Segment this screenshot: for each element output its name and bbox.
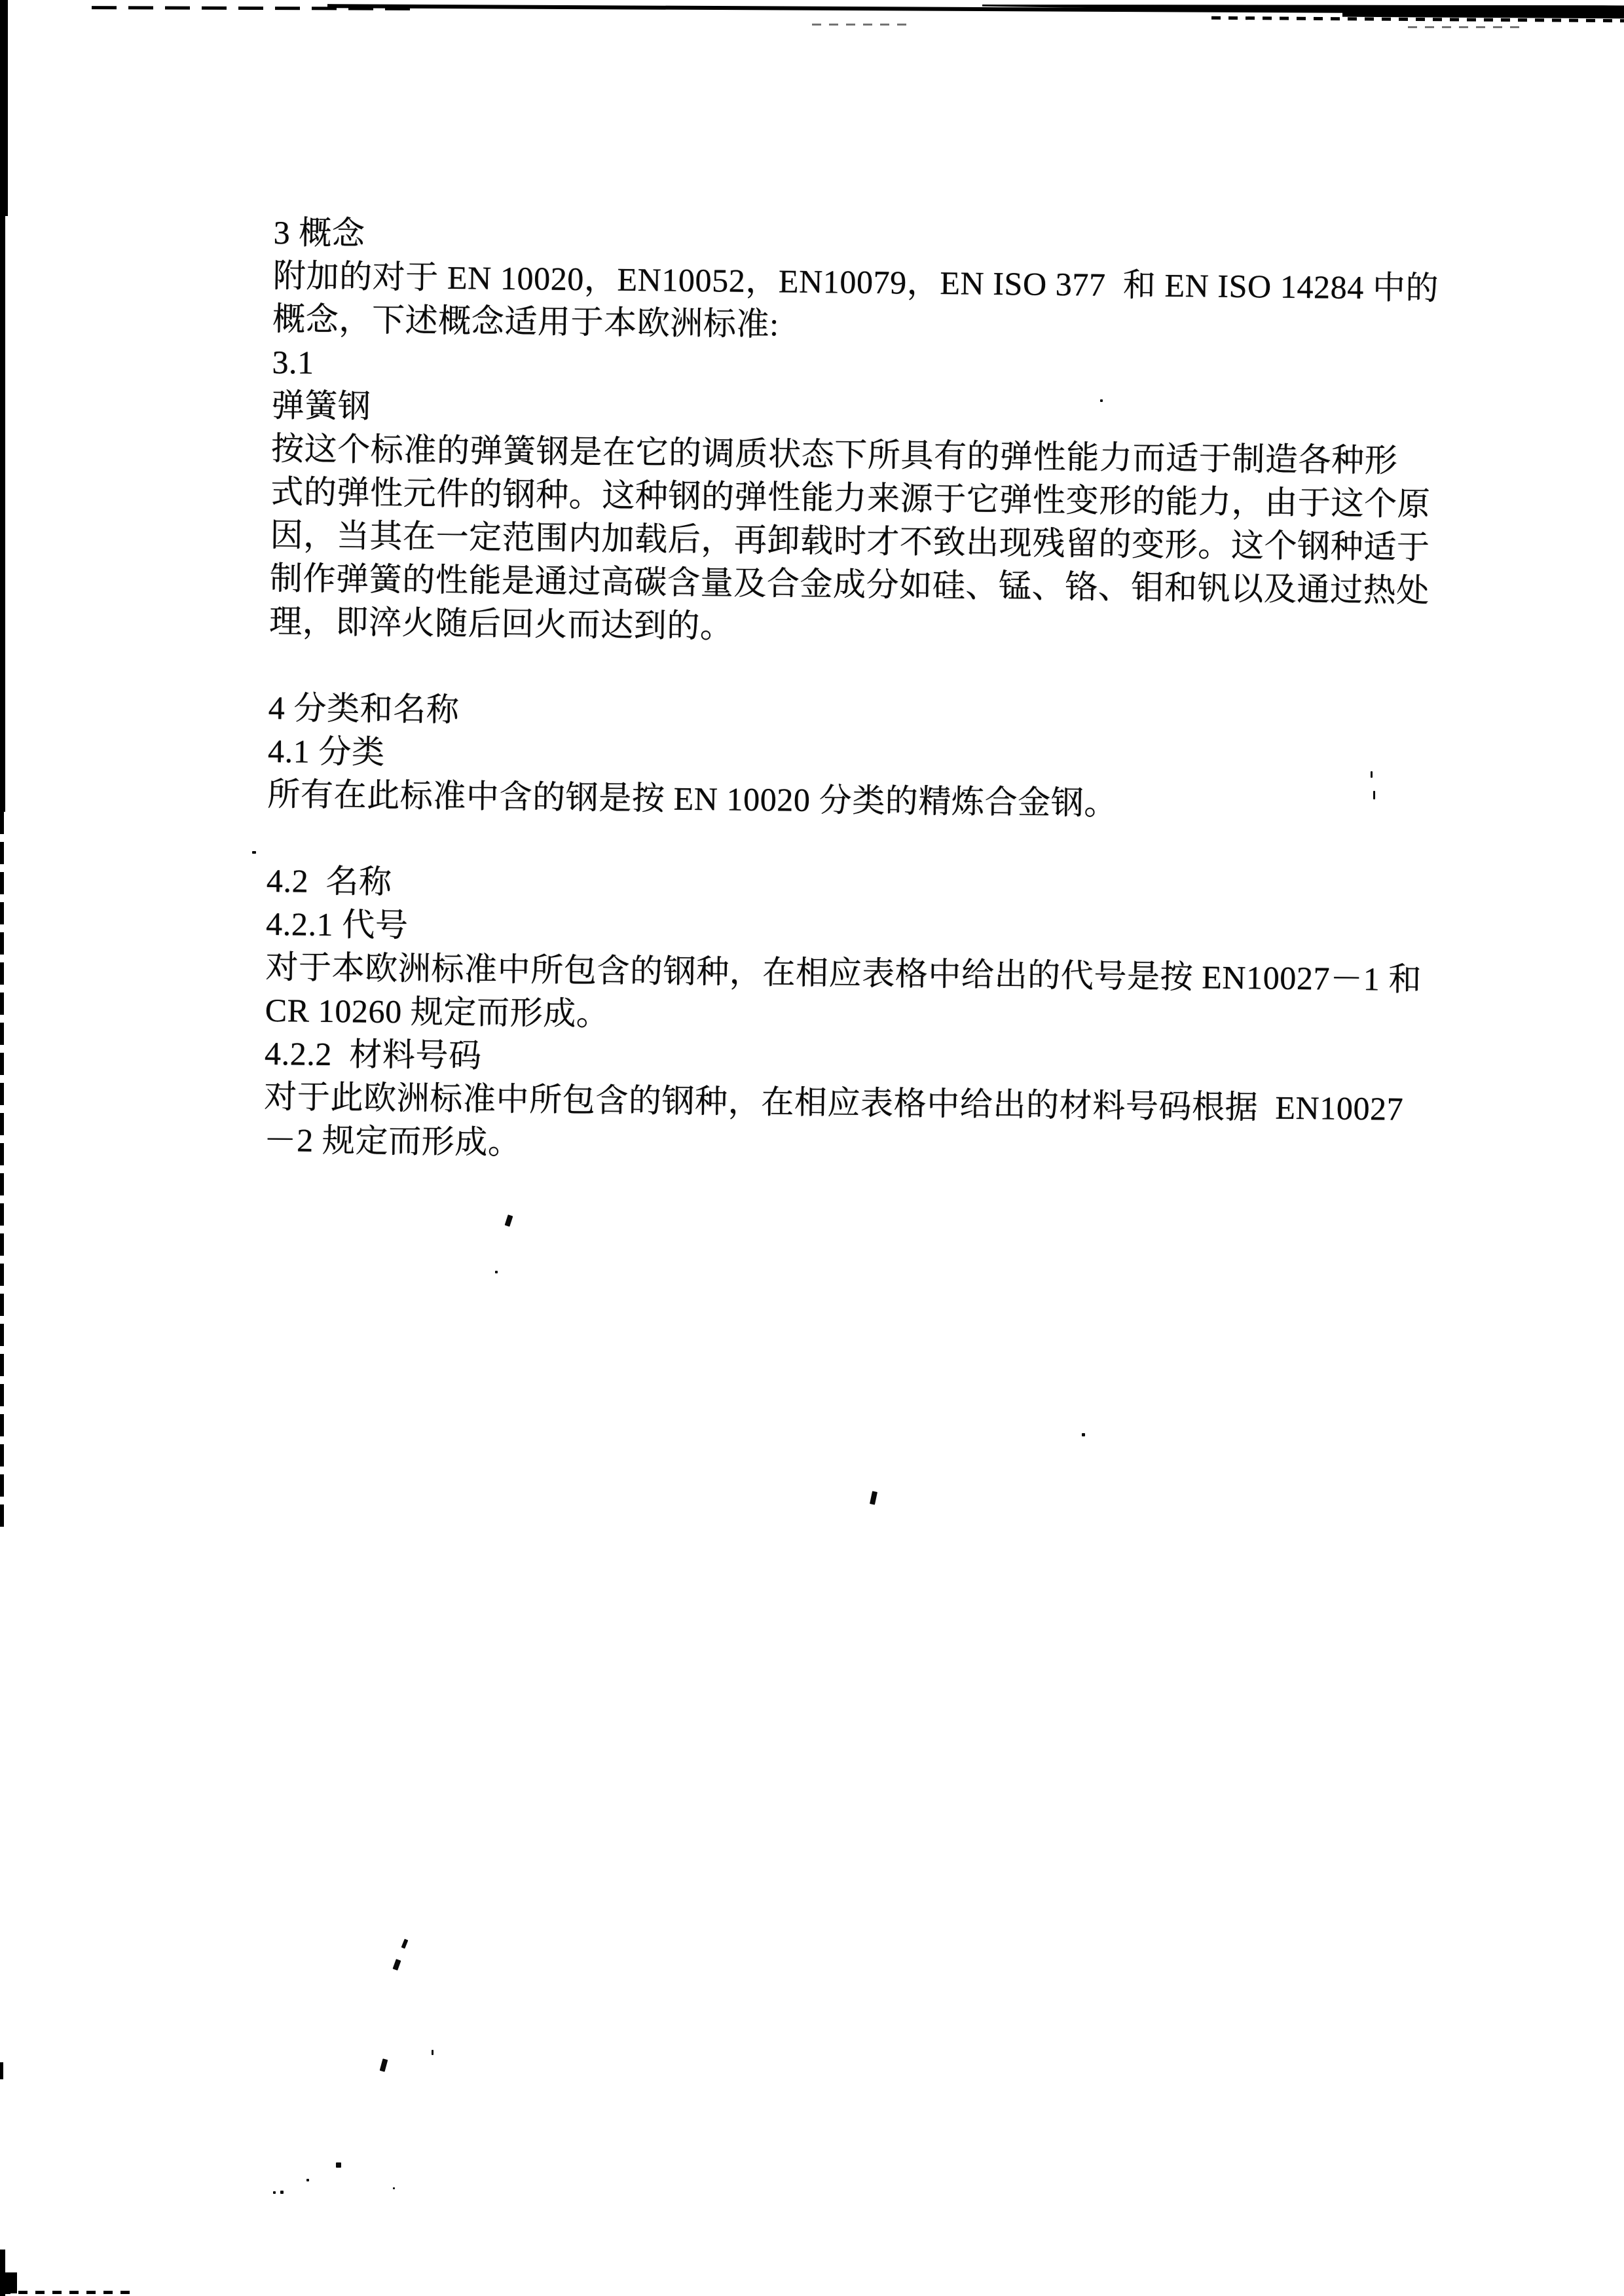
scan-artifact-top-speck-row-2	[1408, 26, 1519, 28]
speckle	[336, 2162, 341, 2168]
scan-artifact-left-strip-top	[0, 0, 8, 216]
scanned-document-page: 3 概念附加的对于 EN 10020，EN10052，EN10079，EN IS…	[0, 0, 1624, 2296]
document-text-block: 3 概念附加的对于 EN 10020，EN10052，EN10079，EN IS…	[263, 211, 1439, 1174]
speckle	[280, 2191, 284, 2194]
speckle	[393, 2187, 395, 2189]
speckle	[380, 2058, 388, 2071]
speckle	[273, 2191, 276, 2194]
speckle	[401, 1939, 409, 1948]
speckle	[505, 1214, 513, 1227]
scan-artifact-left-speck	[0, 2062, 3, 2079]
speckle	[870, 1491, 877, 1504]
speckle	[495, 1271, 498, 1273]
scan-artifact-left-strip-mid	[0, 216, 5, 812]
scan-artifact-top-speck-row-1	[812, 24, 910, 26]
speckle	[252, 851, 256, 854]
speckle	[1082, 1433, 1085, 1436]
speckle	[306, 2179, 309, 2181]
speckle	[393, 1959, 401, 1971]
scan-artifact-bl-dash-line	[1, 2291, 132, 2294]
scan-artifact-left-strip-low	[0, 812, 4, 1532]
speckle	[432, 2050, 434, 2055]
